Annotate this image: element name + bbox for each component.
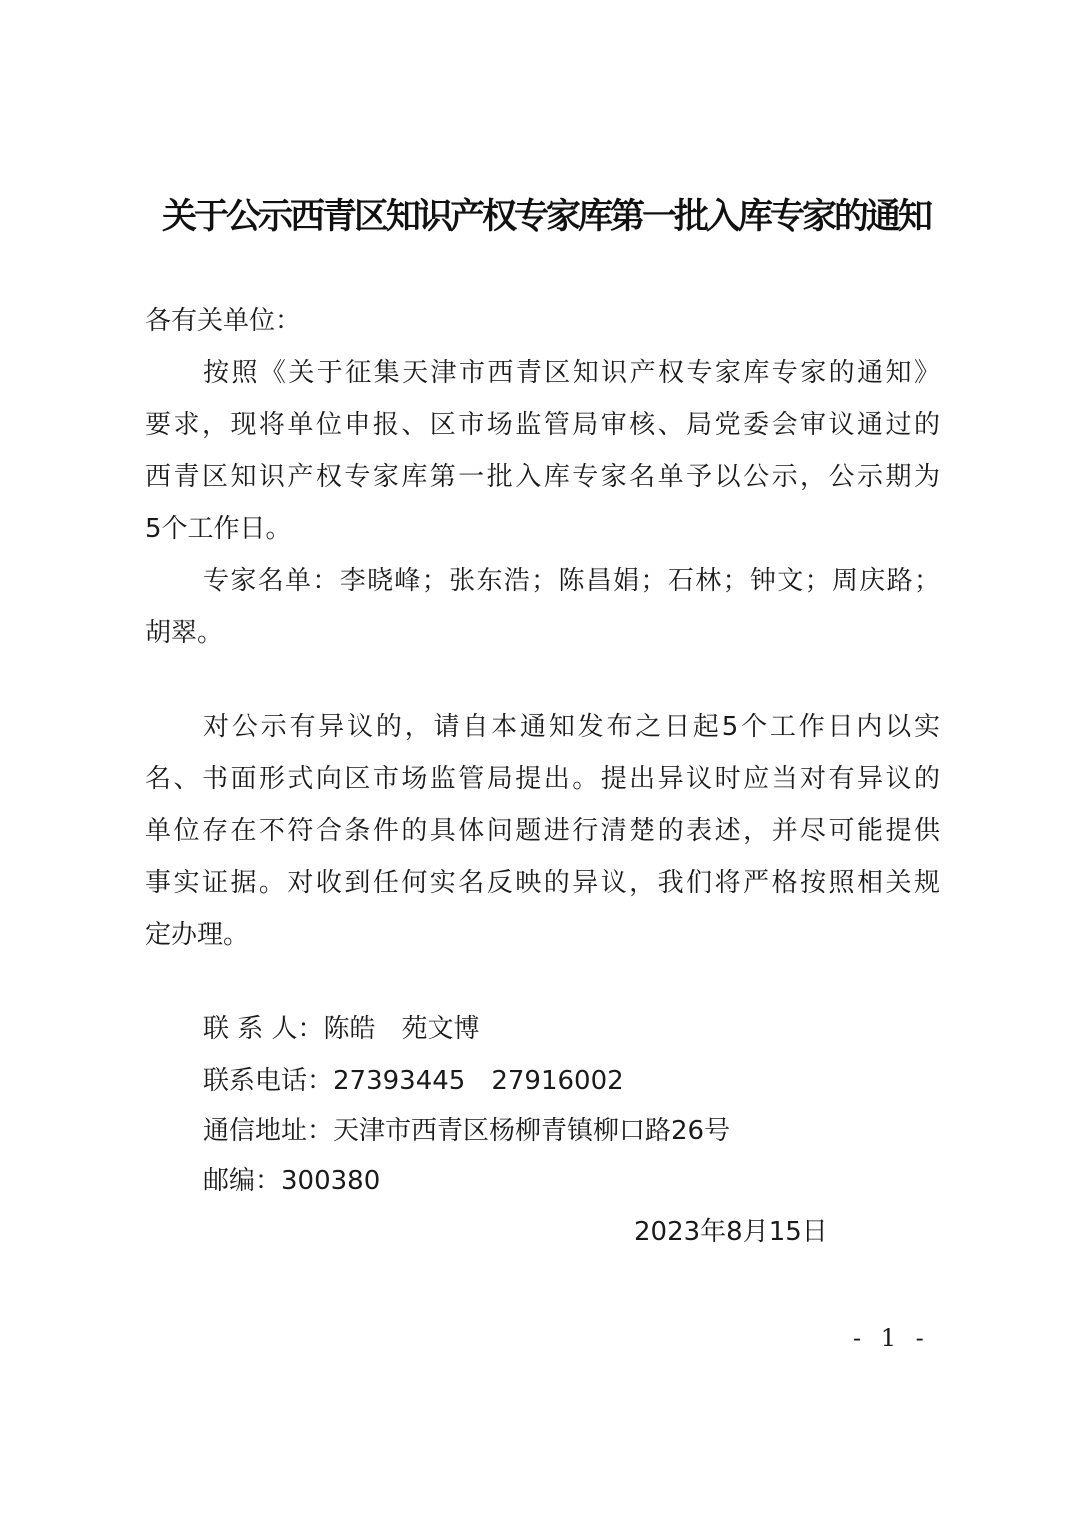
paragraph1-line-4: 5个工作日。 xyxy=(145,504,292,554)
experts-line-2: 胡翠。 xyxy=(145,608,223,658)
contact-phone: 联系电话：27393445 27916002 xyxy=(203,1056,624,1106)
paragraph2-line-2: 名、书面形式向区市场监管局提出。提出异议时应当对有异议的 xyxy=(145,754,940,804)
salutation: 各有关单位： xyxy=(145,296,301,346)
paragraph2-line-1: 对公示有异议的，请自本通知发布之日起5个工作日内以实 xyxy=(203,702,940,752)
paragraph2-line-5: 定办理。 xyxy=(145,910,249,960)
contact-postcode: 邮编：300380 xyxy=(203,1156,380,1206)
paragraph2-line-4: 事实证据。对收到任何实名反映的异议，我们将严格按照相关规 xyxy=(145,858,940,908)
experts-line-1: 专家名单：李晓峰；张东浩；陈昌娟；石林；钟文；周庆路； xyxy=(203,556,940,606)
document-date: 2023年8月15日 xyxy=(634,1207,828,1257)
paragraph2-line-3: 单位存在不符合条件的具体问题进行清楚的表述，并尽可能提供 xyxy=(145,806,940,856)
paragraph1-line-1: 按照《关于征集天津市西青区知识产权专家库专家的通知》 xyxy=(203,348,940,398)
document-title: 关于公示西青区知识产权专家库第一批入库专家的通知 xyxy=(162,192,942,242)
paragraph1-line-2: 要求，现将单位申报、区市场监管局审核、局党委会审议通过的 xyxy=(145,400,940,450)
contact-address: 通信地址：天津市西青区杨柳青镇柳口路26号 xyxy=(203,1106,730,1156)
contact-person: 联 系 人：陈皓 苑文博 xyxy=(203,1004,480,1054)
document-page: 关于公示西青区知识产权专家库第一批入库专家的通知 各有关单位： 按照《关于征集天… xyxy=(0,0,1074,1520)
page-number: - 1 - xyxy=(853,1318,930,1358)
paragraph1-line-3: 西青区知识产权专家库第一批入库专家名单予以公示，公示期为 xyxy=(145,452,940,502)
